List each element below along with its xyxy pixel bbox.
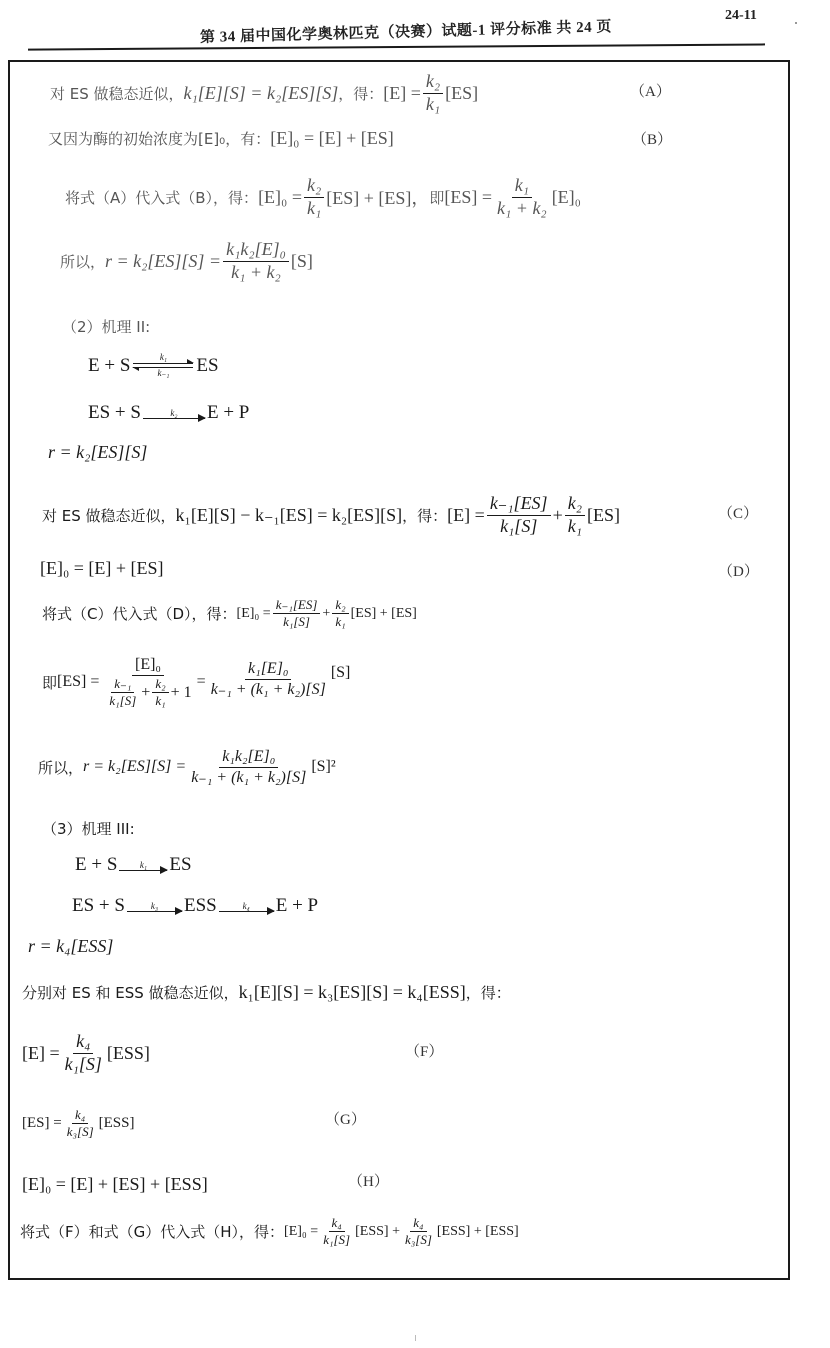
denominator: k₃[S] (402, 1232, 435, 1247)
connector: ，得： (466, 982, 511, 1003)
page-number: 24-11 (725, 8, 757, 24)
eq-line-G: [ES] = k₄ k₃[S] [ESS] (22, 1108, 134, 1140)
eq-text: 对 ES 做稳态近似， (50, 83, 184, 104)
denominator: k₁[S] (320, 1232, 353, 1247)
fraction: k₁k₂[E]₀ k₋₁ + (k₁ + k₂)[S] (188, 748, 309, 786)
numerator: k₂ (152, 677, 168, 693)
eq-line-substitute-1: 将式（A）代入式（B），得： [E]₀ = k₂ k₁ [ES] + [ES]，… (65, 176, 581, 219)
forward-arrow-icon: k₂ (143, 408, 205, 419)
denominator: k₁ (152, 693, 168, 708)
numerator: k₄ (410, 1216, 426, 1232)
equation: [ES] = k₄ k₃[S] [ESS] (22, 1108, 134, 1140)
fraction: k₄ k₁[S] (320, 1216, 353, 1248)
eq-tail: [E]₀ (552, 187, 581, 208)
rate-equation: r = k₄[ESS] (28, 936, 113, 957)
numerator: k₄ (73, 1032, 93, 1054)
eq-tail: [ES] + [ES] (351, 606, 417, 622)
reactants: E + S (88, 355, 130, 377)
rate-law-3: r = k₄[ESS] (28, 936, 113, 957)
eq-text: 又因为酶的初始浓度为[E]₀，有： (48, 128, 270, 149)
equation: r = k₂[ES][S] = k₁k₂[E]₀ k₋₁ + (k₁ + k₂)… (83, 748, 336, 786)
eq-lhs: [E]₀ = (284, 1224, 318, 1240)
eq-tail: [ESS] (107, 1043, 150, 1064)
denominator: k₁[S] (106, 693, 139, 708)
equilibrium-arrow-icon: k₁ k₋₁ (133, 352, 193, 379)
numerator: k₄ (329, 1216, 345, 1232)
equation: k₁[E][S] − k₋₁[ES] = k₂[ES][S] (176, 505, 403, 526)
compound-denominator: k₋₁ k₁[S] + k₂ k₁ + 1 (101, 676, 194, 709)
equation: [E]₀ = [E] + [ES] + [ESS] (22, 1174, 208, 1195)
reaction-2-1: E + S k₁ k₋₁ ES (88, 352, 219, 379)
eq-line-substitute-2: 将式（C）代入式（D），得： [E]₀ = k₋₁[ES] k₁[S] + k₂… (42, 598, 417, 630)
equation: r = k₂[ES][S] = k₁k₂[E]₀ k₁ + k₂ [S] (105, 240, 313, 283)
forward-arrow-icon: k₄ (219, 901, 274, 912)
eq-line-H: [E]₀ = [E] + [ES] + [ESS] (22, 1174, 208, 1195)
denominator: k₁ (423, 94, 443, 115)
products: E + P (207, 402, 249, 424)
eq-line-substitute-3: 将式（F）和式（G）代入式（H），得： [E]₀ = k₄ k₁[S] [ESS… (20, 1216, 519, 1248)
connector: ，得： (402, 505, 447, 526)
reaction-3-2: ES + S k₃ ESS k₄ E + P (72, 895, 318, 917)
numerator: k₂ (423, 72, 443, 94)
eq-text: 所以， (38, 757, 83, 778)
eq-label-B: （B） (632, 128, 672, 149)
equation: [E]₀ = [E] + [ES] (270, 128, 394, 149)
mechanism-2-heading: （2）机理 II: (62, 316, 150, 337)
scan-speck (795, 22, 797, 24)
equation: k₁[E][S] = k₃[ES][S] = k₄[ESS] (239, 982, 466, 1003)
fraction: k₁ k₁ + k₂ (494, 176, 550, 219)
eq-label-F: （F） (405, 1040, 443, 1061)
eq-lhs: [E] = (383, 83, 421, 104)
numerator: k₁[E]₀ (245, 660, 291, 680)
denominator: k₁[S] (280, 614, 313, 629)
equation: [ES] = k₁ k₁ + k₂ [E]₀ (444, 176, 581, 219)
eq-line-A: 对 ES 做稳态近似， k₁[E][S] = k₂[ES][S] ，得： [E]… (50, 72, 478, 115)
forward-arrow-icon: k₃ (127, 901, 182, 912)
equation: [E]₀ = k₋₁[ES] k₁[S] + k₂ k₁ [ES] + [ES] (237, 598, 417, 630)
reactants: ES + S (88, 402, 141, 424)
eq-text: 所以， (60, 251, 105, 272)
plus: + (322, 606, 330, 622)
products: ES (196, 355, 218, 377)
forward-arrow-icon: k₁ (119, 860, 167, 871)
products: ES (169, 854, 191, 876)
numerator: k₁k₂[E]₀ (223, 240, 289, 262)
eq-line-rate-2: 所以， r = k₂[ES][S] = k₁k₂[E]₀ k₋₁ + (k₁ +… (38, 748, 336, 786)
eq-line-rate-1: 所以， r = k₂[ES][S] = k₁k₂[E]₀ k₁ + k₂ [S] (60, 240, 313, 283)
k-forward: k₁ (160, 352, 167, 362)
numerator: k₂ (565, 494, 585, 516)
connector: ，得： (338, 83, 383, 104)
eq-line-F: [E] = k₄ k₁[S] [ESS] (22, 1032, 150, 1075)
equation: [E] = k₄ k₁[S] [ESS] (22, 1032, 150, 1075)
connector: 即 (429, 187, 444, 208)
eq-line-B: 又因为酶的初始浓度为[E]₀，有： [E]₀ = [E] + [ES] (48, 128, 394, 149)
eq-tail: [ESS] (99, 1115, 135, 1132)
fraction: k₋₁ k₁[S] (106, 677, 139, 709)
eq-tail: [ES] (445, 83, 478, 104)
eq-text: 分别对 ES 和 ESS 做稳态近似， (22, 982, 239, 1003)
fraction: k₂ k₁ (152, 677, 168, 709)
header-title: 第 34 届中国化学奥林匹克（决赛）试题-1 评分标准 共 24 页 (200, 15, 612, 47)
eq-line-D: [E]₀ = [E] + [ES] (40, 558, 164, 579)
fraction: k₂ k₁ (332, 598, 348, 630)
eq-label-A: （A） (630, 80, 671, 101)
eq-lhs: [E] = (447, 505, 485, 526)
equation: k₁[E][S] = k₂[ES][S] (184, 83, 339, 104)
equation: [E] = k₋₁[ES] k₁[S] + k₂ k₁ [ES] (447, 494, 620, 537)
eq-line-steady-state-3: 分别对 ES 和 ESS 做稳态近似， k₁[E][S] = k₃[ES][S]… (22, 982, 511, 1003)
k-backward: k₋₁ (157, 368, 169, 379)
fraction: k₂ k₁ (423, 72, 443, 115)
eq-tail: [S] (291, 251, 313, 272)
numerator: k₋₁[ES] (487, 494, 551, 516)
eq-lhs: [E]₀ = (237, 606, 271, 622)
fraction: [E]₀ k₋₁ k₁[S] + k₂ k₁ + 1 (101, 656, 194, 708)
denominator: k₁ (304, 198, 324, 219)
mechanism-3-heading: （3）机理 III: (42, 818, 135, 839)
numerator: [E]₀ (132, 656, 164, 676)
rate-constant: k₃ (151, 901, 158, 911)
equation: [E] = k₂ k₁ [ES] (383, 72, 478, 115)
plus: + (553, 505, 563, 526)
numerator: k₋₁[ES] (273, 598, 321, 614)
eq-label-H: （H） (348, 1170, 389, 1191)
eq-label-D: （D） (718, 560, 759, 581)
equation: [ES] = [E]₀ k₋₁ k₁[S] + k₂ k₁ + 1 = k₁[E… (57, 656, 350, 708)
eq-mid: [ESS] + (355, 1224, 400, 1240)
eq-text: 将式（A）代入式（B），得： (65, 187, 258, 208)
heading-text: （3）机理 III: (42, 818, 135, 839)
rate-constant: k₄ (243, 901, 250, 911)
eq-lhs: [ES] = (444, 187, 492, 208)
eq-tail: [ESS] + [ESS] (437, 1224, 519, 1240)
equation: [E]₀ = k₂ k₁ [ES] + [ES]， (258, 176, 429, 219)
fraction: k₁k₂[E]₀ k₁ + k₂ (223, 240, 289, 283)
reactants: E + S (75, 854, 117, 876)
rate-equation: r = k₂[ES][S] (48, 442, 147, 463)
eq-text: 即 (42, 672, 57, 693)
numerator: k₁k₂[E]₀ (219, 748, 278, 768)
eq-tail: [S] (331, 664, 351, 682)
denominator: k₋₁ + (k₁ + k₂)[S] (208, 680, 329, 699)
eq-tail: [ES] (587, 505, 620, 526)
eq-lhs: r = k₂[ES][S] = (83, 758, 186, 776)
denominator: k₁ (332, 614, 348, 629)
eq-text: 将式（C）代入式（D），得： (42, 603, 237, 624)
fraction: k₂ k₁ (565, 494, 585, 537)
equation: [E]₀ = k₄ k₁[S] [ESS] + k₄ k₃[S] [ESS] +… (284, 1216, 519, 1248)
eq-lhs: [E] = (22, 1043, 60, 1064)
equals: = (197, 673, 206, 691)
denominator: k₃[S] (64, 1124, 97, 1139)
denominator: k₋₁ + (k₁ + k₂)[S] (188, 768, 309, 787)
fraction: k₄ k₃[S] (64, 1108, 97, 1140)
denominator: k₁ + k₂ (228, 262, 284, 283)
fraction: k₋₁[ES] k₁[S] (487, 494, 551, 537)
eq-line-C: 对 ES 做稳态近似， k₁[E][S] − k₋₁[ES] = k₂[ES][… (42, 494, 620, 537)
eq-line-es-2: 即 [ES] = [E]₀ k₋₁ k₁[S] + k₂ k₁ + 1 = k₁… (42, 656, 350, 708)
fraction: k₄ k₁[S] (62, 1032, 105, 1075)
reaction-2-2: ES + S k₂ E + P (88, 402, 249, 424)
rate-law-2: r = k₂[ES][S] (48, 442, 147, 463)
page-header: 第 34 届中国化学奥林匹克（决赛）试题-1 评分标准 共 24 页 24-11 (0, 0, 830, 58)
reaction-3-1: E + S k₁ ES (75, 854, 192, 876)
eq-lhs: [ES] = (22, 1115, 62, 1132)
heading-text: （2）机理 II: (62, 316, 150, 337)
scan-speck (415, 1335, 416, 1341)
intermediate: ESS (184, 895, 217, 917)
rate-constant: k₂ (170, 408, 177, 418)
reactants: ES + S (72, 895, 125, 917)
rate-constant: k₁ (140, 860, 147, 870)
header-rule (28, 43, 765, 50)
eq-tail: [S]² (311, 758, 335, 776)
denominator: k₁[S] (497, 516, 540, 537)
fraction: k₋₁[ES] k₁[S] (273, 598, 321, 630)
products: E + P (276, 895, 318, 917)
denominator: k₁ (565, 516, 585, 537)
eq-lhs: r = k₂[ES][S] = (105, 251, 221, 272)
numerator: k₂ (304, 176, 324, 198)
denominator: k₁[S] (62, 1054, 105, 1075)
numerator: k₄ (72, 1108, 88, 1124)
eq-lhs: [ES] = (57, 673, 99, 691)
eq-label-G: （G） (325, 1108, 366, 1129)
eq-text: 对 ES 做稳态近似， (42, 505, 176, 526)
fraction: k₄ k₃[S] (402, 1216, 435, 1248)
eq-text: 将式（F）和式（G）代入式（H），得： (20, 1221, 284, 1242)
numerator: k₂ (332, 598, 348, 614)
numerator: k₋₁ (111, 677, 134, 693)
fraction: k₂ k₁ (304, 176, 324, 219)
plus: + (141, 684, 150, 702)
numerator: k₁ (512, 176, 532, 198)
eq-mid: [ES] + [ES]， (326, 184, 429, 210)
eq-label-C: （C） (718, 502, 758, 523)
equation: [E]₀ = [E] + [ES] (40, 558, 164, 579)
eq-lhs: [E]₀ = (258, 187, 302, 208)
eq-left: k₁[E][S] = k₂[ES][S] (184, 83, 339, 104)
denominator: k₁ + k₂ (494, 198, 550, 219)
plus-one: + 1 (171, 684, 192, 702)
fraction: k₁[E]₀ k₋₁ + (k₁ + k₂)[S] (208, 660, 329, 698)
